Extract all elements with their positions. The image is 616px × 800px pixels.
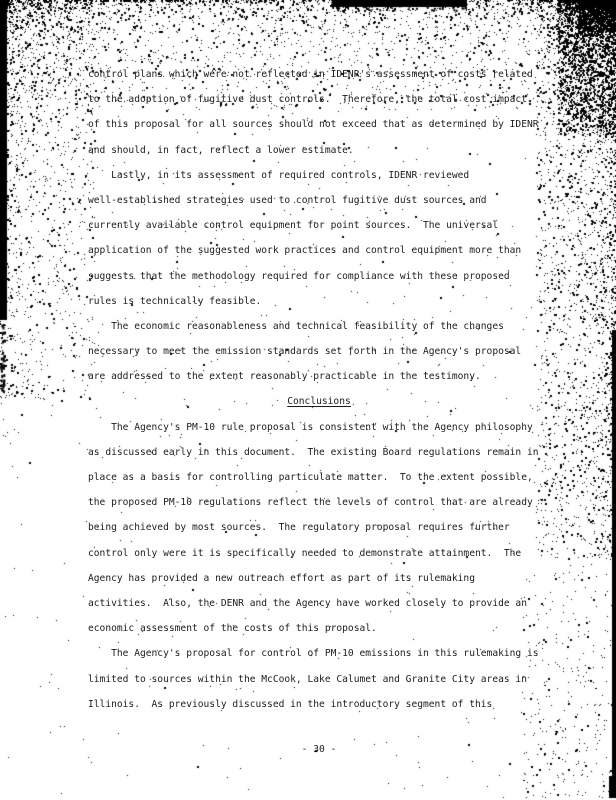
text-line: control only were it is specifically nee… xyxy=(88,547,550,572)
text-line: Illinois. As previously discussed in the… xyxy=(88,698,550,723)
text-line: as discussed early in this document. The… xyxy=(88,446,550,471)
text-line: application of the suggested work practi… xyxy=(88,244,550,269)
scanned-page: control plans which were not reflected i… xyxy=(0,0,616,800)
paragraph-section-lower: The Agency's PM-10 rule proposal is cons… xyxy=(88,421,550,723)
text-line: The Agency's PM-10 rule proposal is cons… xyxy=(88,421,550,446)
text-line: are addressed to the extent reasonably p… xyxy=(88,370,550,395)
text-line: of this proposal for all sources should … xyxy=(88,118,550,143)
text-line: currently available control equipment fo… xyxy=(88,219,550,244)
text-line: activities. Also, the DENR and the Agenc… xyxy=(88,597,550,622)
text-line: rules is technically feasible. xyxy=(88,295,550,320)
text-line: necessary to meet the emission standards… xyxy=(88,345,550,370)
text-line: being achieved by most sources. The regu… xyxy=(88,521,550,546)
text-line: Agency has provided a new outreach effor… xyxy=(88,572,550,597)
text-line: the proposed PM-10 regulations reflect t… xyxy=(88,496,550,521)
text-line: suggests that the methodology required f… xyxy=(88,270,550,295)
text-line: to the adoption of fugitive dust control… xyxy=(88,93,550,118)
page-text-block: control plans which were not reflected i… xyxy=(88,68,550,723)
text-line: control plans which were not reflected i… xyxy=(88,68,550,93)
text-line: well-established strategies used to cont… xyxy=(88,194,550,219)
text-line: The economic reasonableness and technica… xyxy=(88,320,550,345)
text-line: limited to sources within the McCook, La… xyxy=(88,673,550,698)
section-heading: Conclusions xyxy=(88,395,550,420)
text-line: The Agency's proposal for control of PM-… xyxy=(88,647,550,672)
text-line: and should, in fact, reflect a lower est… xyxy=(88,144,550,169)
text-line: place as a basis for controlling particu… xyxy=(88,471,550,496)
text-line: Lastly, in its assessment of required co… xyxy=(88,169,550,194)
page-number: - 30 - xyxy=(88,744,550,755)
paragraph-section-upper: control plans which were not reflected i… xyxy=(88,68,550,395)
text-line: economic assessment of the costs of this… xyxy=(88,622,550,647)
